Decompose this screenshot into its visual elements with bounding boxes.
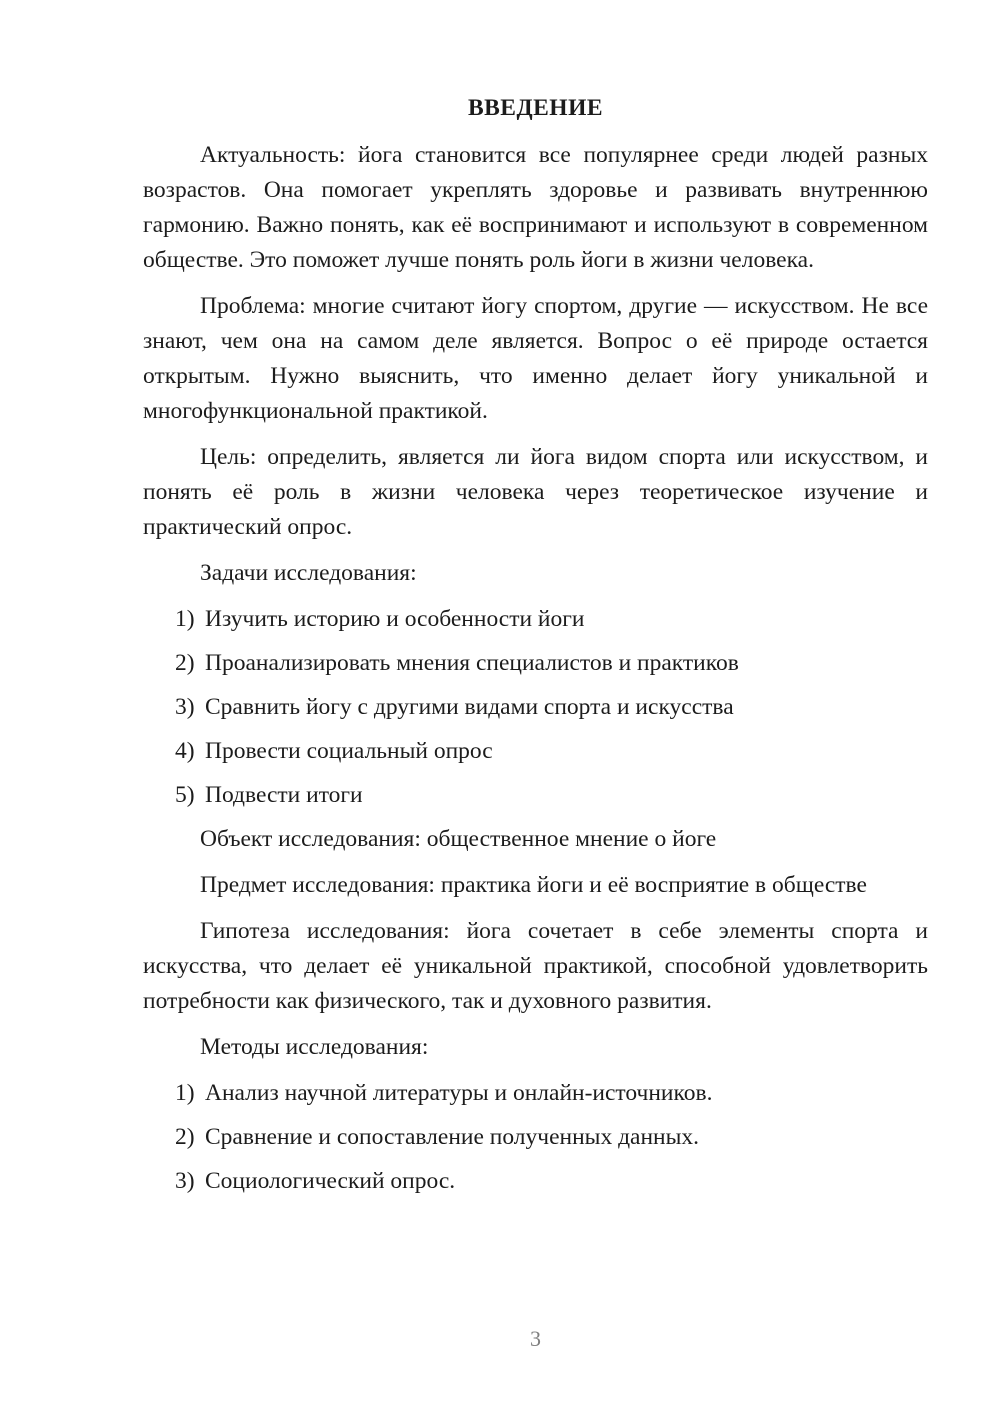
paragraph-actuality: Актуальность: йога становится все популя… — [143, 138, 928, 278]
task-text: Провести социальный опрос — [205, 734, 928, 769]
paragraph-object: Объект исследования: общественное мнение… — [143, 822, 928, 857]
method-text: Сравнение и сопоставление полученных дан… — [205, 1120, 928, 1155]
method-text: Анализ научной литературы и онлайн-источ… — [205, 1076, 928, 1111]
task-text: Сравнить йогу с другими видами спорта и … — [205, 690, 928, 725]
paragraph-problem: Проблема: многие считают йогу спортом, д… — [143, 289, 928, 429]
task-item: 4) Провести социальный опрос — [175, 734, 928, 769]
tasks-list: 1) Изучить историю и особенности йоги 2)… — [143, 602, 928, 813]
document-page: ВВЕДЕНИЕ Актуальность: йога становится в… — [0, 0, 1000, 1414]
task-text: Подвести итоги — [205, 778, 928, 813]
task-text: Изучить историю и особенности йоги — [205, 602, 928, 637]
task-item: 2) Проанализировать мнения специалистов … — [175, 646, 928, 681]
method-item: 3) Социологический опрос. — [175, 1164, 928, 1199]
task-number: 5) — [175, 778, 205, 813]
method-number: 2) — [175, 1120, 205, 1155]
page-number: 3 — [143, 1324, 928, 1354]
task-number: 2) — [175, 646, 205, 681]
tasks-heading: Задачи исследования: — [143, 556, 928, 591]
method-number: 1) — [175, 1076, 205, 1111]
method-number: 3) — [175, 1164, 205, 1199]
task-number: 1) — [175, 602, 205, 637]
task-item: 3) Сравнить йогу с другими видами спорта… — [175, 690, 928, 725]
task-number: 4) — [175, 734, 205, 769]
method-text: Социологический опрос. — [205, 1164, 928, 1199]
methods-list: 1) Анализ научной литературы и онлайн-ис… — [143, 1076, 928, 1199]
page-title: ВВЕДЕНИЕ — [143, 91, 928, 126]
task-text: Проанализировать мнения специалистов и п… — [205, 646, 928, 681]
task-item: 1) Изучить историю и особенности йоги — [175, 602, 928, 637]
paragraph-goal: Цель: определить, является ли йога видом… — [143, 440, 928, 545]
method-item: 1) Анализ научной литературы и онлайн-ис… — [175, 1076, 928, 1111]
paragraph-hypothesis: Гипотеза исследования: йога сочетает в с… — [143, 914, 928, 1019]
task-number: 3) — [175, 690, 205, 725]
method-item: 2) Сравнение и сопоставление полученных … — [175, 1120, 928, 1155]
methods-heading: Методы исследования: — [143, 1030, 928, 1065]
paragraph-subject: Предмет исследования: практика йоги и её… — [143, 868, 928, 903]
task-item: 5) Подвести итоги — [175, 778, 928, 813]
